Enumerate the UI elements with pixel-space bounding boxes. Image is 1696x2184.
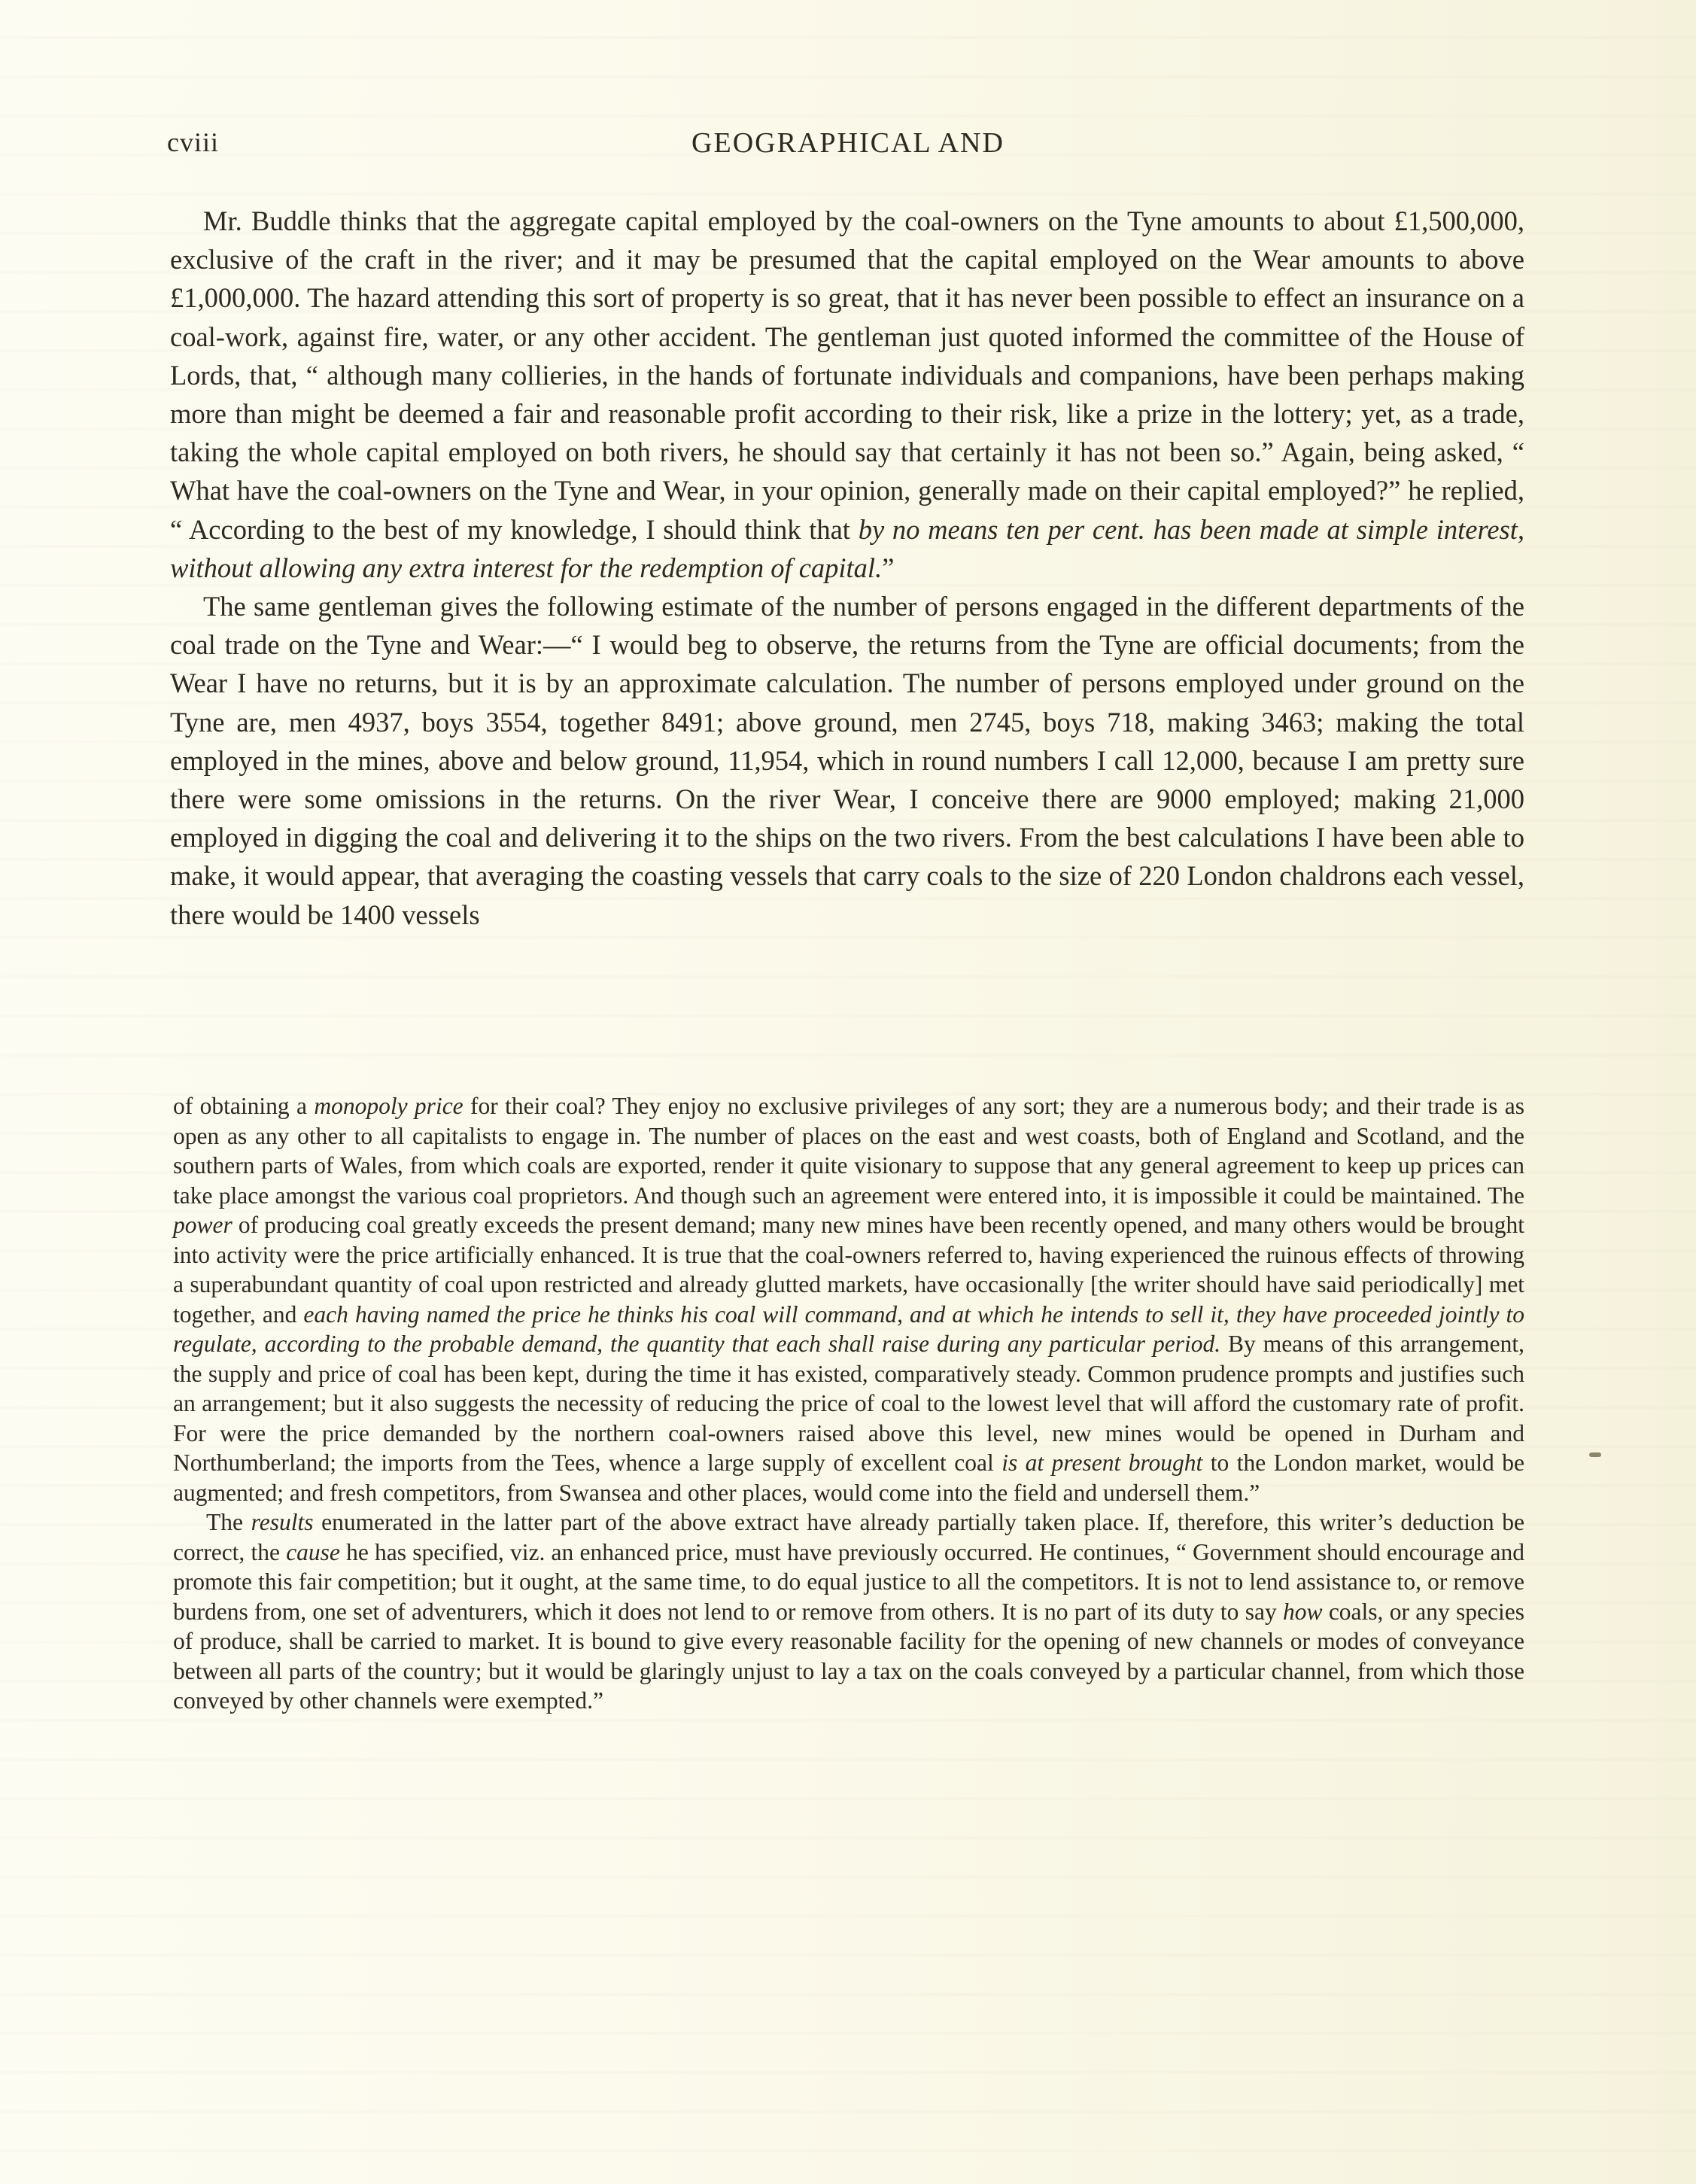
italic-phrase: cause (286, 1539, 340, 1565)
running-title: GEOGRAPHICAL AND (167, 126, 1529, 160)
paragraph-monopoly: of obtaining a monopoly price for their … (173, 1091, 1524, 1507)
italic-phrase: is at present brought (1001, 1449, 1202, 1476)
paragraph-persons-employed: The same gentleman gives the following e… (170, 587, 1524, 934)
text-run: ” (882, 552, 894, 583)
italic-phrase: power (173, 1212, 233, 1238)
footnote-text: of obtaining a monopoly price for their … (173, 1091, 1524, 1716)
text-run: of obtaining a (173, 1093, 314, 1119)
italic-phrase: monopoly price (314, 1093, 463, 1119)
ink-blot-mark (1589, 1452, 1601, 1457)
italic-phrase: results (251, 1509, 314, 1535)
main-text: Mr. Buddle thinks that the aggregate cap… (170, 202, 1524, 934)
paragraph-results: The results enumerated in the latter par… (173, 1507, 1524, 1716)
italic-phrase: how (1283, 1598, 1323, 1625)
running-head: cviii GEOGRAPHICAL AND (167, 126, 1529, 164)
text-run: Mr. Buddle thinks that the aggregate cap… (170, 205, 1524, 545)
paragraph-capital: Mr. Buddle thinks that the aggregate cap… (170, 202, 1524, 587)
book-page: cviii GEOGRAPHICAL AND Mr. Buddle thinks… (0, 0, 1696, 2184)
text-run: The (206, 1509, 251, 1535)
